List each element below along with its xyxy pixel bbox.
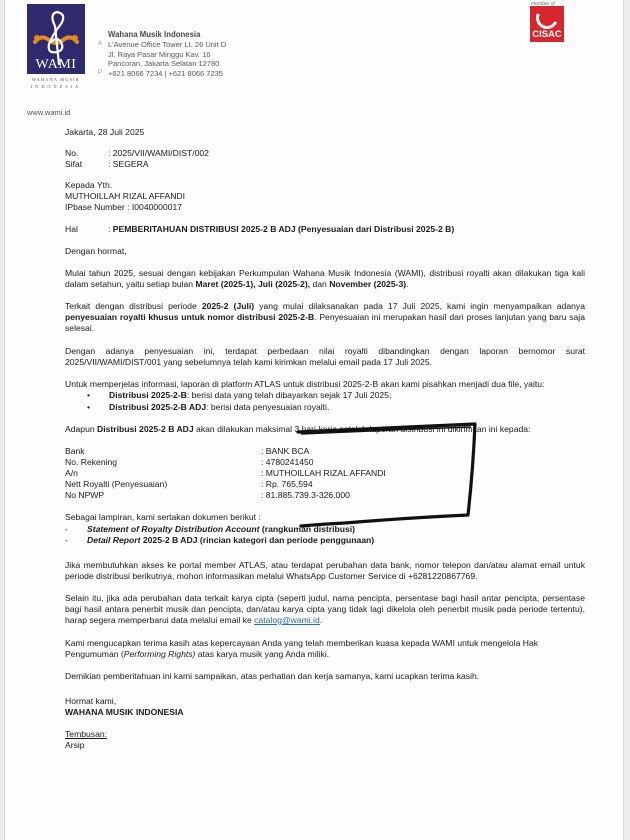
text-bold: Distribusi 2025-2-B <box>109 390 187 400</box>
text-span: . <box>320 615 322 625</box>
text-span: Adapun <box>65 424 97 434</box>
text-span: Selain itu, jika ada perubahan data terk… <box>65 593 585 625</box>
cisac-arc-icon <box>533 4 561 32</box>
dash-icon: - <box>65 535 87 547</box>
dash-icon: - <box>65 524 87 536</box>
recipient-greeting: Kepada Yth. <box>65 180 585 191</box>
bank-row: No. Rekening: 4780241450 <box>65 457 386 468</box>
cc-label: Tembusan: <box>65 729 585 740</box>
bank-label: Bank <box>65 446 261 457</box>
recipient-ipbase: IPbase Number : I0040000017 <box>65 202 585 213</box>
bullet-icon: • <box>87 402 109 414</box>
text-span: (rangkuman distribusi) <box>260 524 356 534</box>
catalog-email-link[interactable]: catalog@wami.id <box>254 615 320 625</box>
bank-label: No. Rekening <box>65 457 261 468</box>
closing-phrase: Hormat kami, <box>65 696 585 707</box>
text-span: yang mulai dilaksanakan pada 17 Juli 202… <box>254 301 585 311</box>
paragraph-thanks: Kami mengucapkan terima kasih atas keper… <box>65 638 585 660</box>
file-list: •Distribusi 2025-2-B: berisi data yang t… <box>87 390 391 413</box>
paragraph-distribution-schedule: Mulai tahun 2025, sesuai dengan kebijaka… <box>65 268 585 290</box>
cc-value: Arsip <box>65 740 585 751</box>
recipient-name: MUTHOILLAH RIZAL AFFANDI <box>65 191 585 202</box>
cisac-logo: CISAC <box>530 6 564 42</box>
wami-logo: WAMI <box>27 4 85 74</box>
logo-subtitle: WAHANA MUSIK <box>27 77 85 82</box>
list-item: •Distribusi 2025-2-B: berisi data yang t… <box>87 390 391 402</box>
address-marker: A <box>98 40 102 50</box>
text-italic: Detail Report <box>87 535 140 545</box>
attachments-intro: Sebagai lampiran, kami sertakan dokumen … <box>65 512 374 524</box>
bank-row: No NPWP: 81.885.739.3-326.000 <box>65 490 386 501</box>
bank-value: : BANK BCA <box>261 446 309 456</box>
cc-block: Tembusan: Arsip <box>65 729 585 751</box>
address-line: L'Avenue Office Tower Lt. 26 Unit D <box>108 40 226 49</box>
text-bold: Distribusi 2025-2 B ADJ <box>97 424 194 434</box>
attachments: Sebagai lampiran, kami sertakan dokumen … <box>65 512 374 547</box>
bank-row: A/n: MUTHOILLAH RIZAL AFFANDI <box>65 468 386 479</box>
bank-label: A/n <box>65 468 261 479</box>
subject-value: PEMBERITAHUAN DISTRIBUSI 2025-2 B ADJ (P… <box>113 224 454 234</box>
letter-number: No.: 2025/VII/WAMI/DIST/002 <box>65 148 209 159</box>
phone-marker: P <box>98 69 102 79</box>
bank-value: : Rp. 765,594 <box>261 479 313 489</box>
paragraph-difference: Dengan adanya penyesuaian ini, terdapat … <box>65 346 585 368</box>
text-bold: penyesuaian royalti khusus untuk nomor d… <box>65 312 314 322</box>
letter-number-value: : 2025/VII/WAMI/DIST/002 <box>108 148 209 158</box>
text-span: . <box>406 279 408 289</box>
bank-value: : 4780241450 <box>261 457 314 467</box>
text-bold: Distribusi 2025-2-B ADJ <box>109 402 206 412</box>
text-span: : berisi data yang telah dibayarkan seja… <box>187 390 391 400</box>
subject-label: Hal <box>65 224 108 235</box>
place-date: Jakarta, 28 Juli 2025 <box>65 127 585 138</box>
letter-page: WAMI WAHANA MUSIK INDONESIA Wahana Musik… <box>4 0 624 840</box>
text-span: Terkait dengan distribusi periode <box>65 301 202 311</box>
letter-nature-label: Sifat <box>65 159 108 170</box>
cisac-logo-text: CISAC <box>530 29 564 40</box>
text-span: dan <box>310 279 329 289</box>
logo-subtitle: INDONESIA <box>27 84 85 89</box>
text-bold: Maret (2025-1), Juli (2025-2), <box>195 279 310 289</box>
text-span: atas karya musik yang Anda miliki. <box>195 649 329 659</box>
text-bold: 2025-2 (Juli) <box>202 301 254 311</box>
list-item: •Distribusi 2025-2-B ADJ: berisi data pe… <box>87 402 391 414</box>
paragraph-payment-intro: Adapun Distribusi 2025-2 B ADJ akan dila… <box>65 424 585 435</box>
org-address-block: Wahana Musik Indonesia AL'Avenue Office … <box>108 30 226 79</box>
address-line: Jl. Raya Pasar Minggu Kav. 16 <box>108 50 210 59</box>
paragraph-adjustment: Terkait dengan distribusi periode 2025-2… <box>65 301 585 334</box>
bank-row: Nett Royalti (Penyesuaian): Rp. 765,594 <box>65 479 386 490</box>
website-link[interactable]: www.wami.id <box>27 108 70 117</box>
signatory: WAHANA MUSIK INDONESIA <box>65 707 184 717</box>
paragraph-atlas-access: Jika membutuhkan akses ke portal member … <box>65 560 585 582</box>
text-span: akan dilakukan maksimal 3 hari kerja set… <box>194 424 531 434</box>
signature-block: Hormat kami, WAHANA MUSIK INDONESIA <box>65 696 585 718</box>
paragraph-catalog-update: Selain itu, jika ada perubahan data terk… <box>65 593 585 626</box>
bank-row: Bank: BANK BCA <box>65 446 386 457</box>
bank-details: Bank: BANK BCA No. Rekening: 4780241450 … <box>65 446 386 501</box>
subject-line: Hal: PEMBERITAHUAN DISTRIBUSI 2025-2 B A… <box>65 224 454 235</box>
text-bold: November (2025-3) <box>329 279 406 289</box>
list-item: -Detail Report 2025-2 B ADJ (rincian kat… <box>65 535 374 547</box>
letter-number-label: No. <box>65 148 108 159</box>
text-span: 2025-2 B ADJ (rincian kategori dan perio… <box>140 535 374 545</box>
text-italic: Statement of Royalty Distribution Accoun… <box>87 524 260 534</box>
letter-nature-value: : SEGERA <box>108 159 149 169</box>
bank-label: No NPWP <box>65 490 261 501</box>
org-name: Wahana Musik Indonesia <box>108 30 226 40</box>
org-phone: +621 8066 7234 | +621 8066 7235 <box>108 69 223 78</box>
letter-nature: Sifat: SEGERA <box>65 159 149 170</box>
address-line: Pancoran, Jakarta Selatan 12780 <box>108 59 219 68</box>
recipient-block: Kepada Yth. MUTHOILLAH RIZAL AFFANDI IPb… <box>65 180 585 213</box>
salutation: Dengan hormat, <box>65 246 585 257</box>
bank-value: : MUTHOILLAH RIZAL AFFANDI <box>261 468 386 478</box>
list-item: -Statement of Royalty Distribution Accou… <box>65 524 374 536</box>
bank-label: Nett Royalti (Penyesuaian) <box>65 479 261 490</box>
paragraph-atlas-files: Untuk memperjelas informasi, laporan di … <box>65 379 585 390</box>
bank-value: : 81.885.739.3-326.000 <box>261 490 350 500</box>
text-span: : berisi data penyesuaian royalti. <box>206 402 329 412</box>
paragraph-closing: Demikian pemberitahuan ini kami sampaika… <box>65 671 585 682</box>
bullet-icon: • <box>87 390 109 402</box>
wami-logo-text: WAMI <box>27 57 85 73</box>
text-italic: Performing Rights) <box>124 649 196 659</box>
